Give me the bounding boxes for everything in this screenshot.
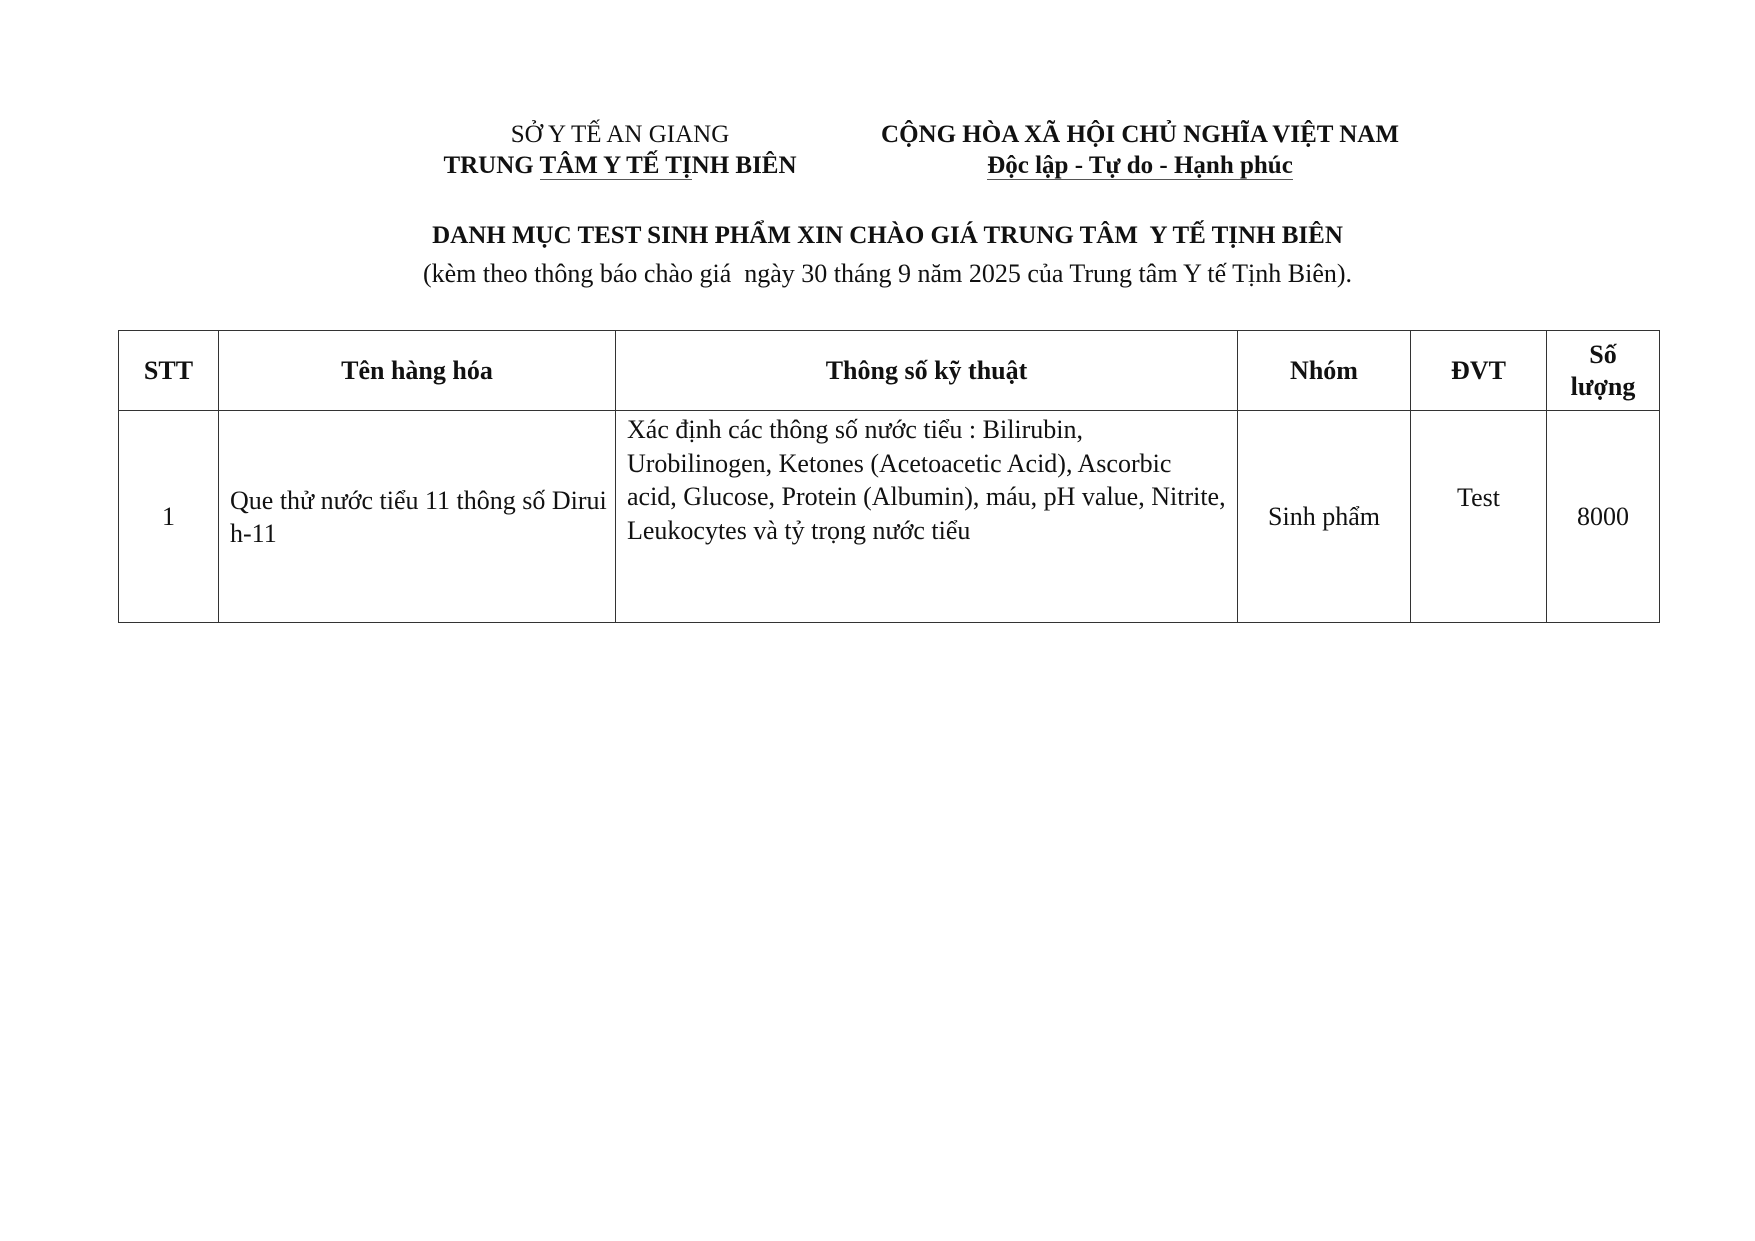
national-motto-text: Độc lập - Tự do - Hạnh phúc — [987, 152, 1293, 180]
column-header-group: Nhóm — [1238, 331, 1411, 411]
column-header-quantity-text: Số lượng — [1563, 339, 1643, 403]
items-table: STT Tên hàng hóa Thông số kỹ thuật Nhóm … — [118, 330, 1660, 623]
national-title-text: CỘNG HÒA XÃ HỘI CHỦ NGHĨA VIỆT NAM — [881, 121, 1399, 148]
document-subtitle: (kèm theo thông báo chào giá ngày 30 thá… — [0, 259, 1755, 289]
column-header-spec: Thông số kỹ thuật — [616, 331, 1238, 411]
column-header-unit: ĐVT — [1411, 331, 1547, 411]
department-name-text: SỞ Y TẾ AN GIANG — [511, 121, 730, 148]
document-title: DANH MỤC TEST SINH PHẨM XIN CHÀO GIÁ TRU… — [0, 221, 1755, 251]
cell-unit: Test — [1411, 411, 1547, 623]
cell-group: Sinh phẩm — [1238, 411, 1411, 623]
table-row: 1 Que thử nước tiểu 11 thông số Dirui h-… — [119, 411, 1660, 623]
table-header-row: STT Tên hàng hóa Thông số kỹ thuật Nhóm … — [119, 331, 1660, 411]
organization-name-suffix: NH BIÊN — [692, 152, 797, 179]
department-name: SỞ Y TẾ AN GIANG — [420, 120, 820, 150]
national-title: CỘNG HÒA XÃ HỘI CHỦ NGHĨA VIỆT NAM — [840, 120, 1440, 150]
document-page: SỞ Y TẾ AN GIANG TRUNG TÂM Y TẾ TỊNH BIÊ… — [0, 0, 1755, 1241]
cell-unit-text: Test — [1411, 481, 1546, 514]
column-header-stt: STT — [119, 331, 219, 411]
column-header-quantity: Số lượng — [1547, 331, 1660, 411]
cell-stt: 1 — [119, 411, 219, 623]
cell-quantity: 8000 — [1547, 411, 1660, 623]
organization-name: TRUNG TÂM Y TẾ TỊNH BIÊN — [400, 151, 840, 181]
national-motto: Độc lập - Tự do - Hạnh phúc — [840, 151, 1440, 181]
cell-spec: Xác định các thông số nước tiểu : Biliru… — [616, 411, 1238, 623]
cell-name: Que thử nước tiểu 11 thông số Dirui h-11 — [219, 411, 616, 623]
column-header-name: Tên hàng hóa — [219, 331, 616, 411]
organization-name-prefix: TRUNG — [443, 152, 539, 179]
organization-name-underlined: TÂM Y TẾ TỊ — [540, 152, 692, 180]
